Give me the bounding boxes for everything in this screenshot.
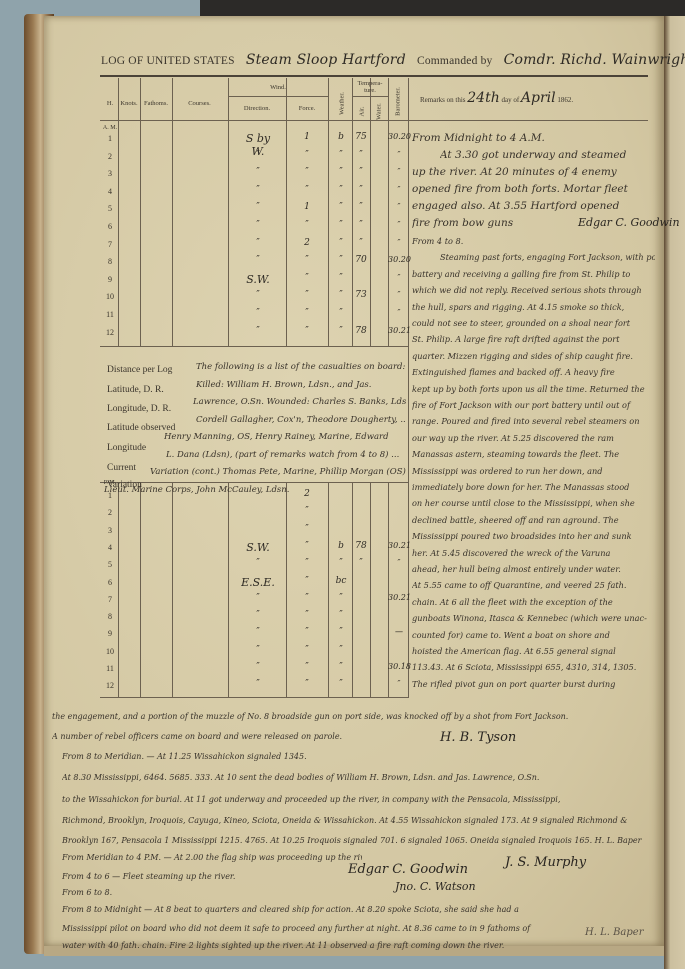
cell-air: ″ [352,202,370,212]
grid-vline [140,78,141,346]
casualty-line: Lieut. Marine Corps, John McCauley, Ldsn… [104,485,406,495]
cell-weather: bc [330,576,352,586]
cell-weather: ″ [330,255,352,265]
remarks-prefix: Remarks on this [420,96,466,104]
bottom-remark-line: the engagement, and a portion of the muz… [52,712,648,721]
hour-number: 8 [101,612,119,621]
cell-force: ″ [290,506,324,516]
signature-morning-watch: H. B. Tyson [440,730,516,745]
col-barometer: Barometer. [395,84,402,120]
cell-weather: ″ [330,150,352,160]
hour-number: 6 [101,578,119,587]
grid-vline [370,78,371,346]
temp-subheader-rule [352,96,388,97]
cell-direction: ″ [238,593,278,603]
remark-line: At 5.55 came to off Quarantine, and veer… [412,580,655,590]
cell-force: ″ [290,290,324,300]
grid-vline [352,482,353,697]
cell-barometer: ″ [388,202,410,211]
grid-vline [286,78,287,346]
signature-second: Jno. C. Watson [395,880,476,893]
cell-force: ″ [290,645,324,655]
signature-afternoon-watch: J. S. Murphy [505,855,586,870]
grid-vline [172,78,173,346]
cell-force: ″ [290,167,324,177]
adjacent-page-edge [664,16,685,969]
col-courses: Courses. [172,100,227,107]
hour-number: 9 [101,629,119,638]
cell-direction: ″ [238,645,278,655]
cell-weather: ″ [330,238,352,248]
grid-vline [328,482,329,697]
grid-vline [328,78,329,346]
casualty-line: Cordell Gallagher, Cox'n, Theodore Dough… [196,415,406,425]
cell-barometer: 30.18 [388,662,410,671]
cell-direction: ″ [238,202,278,212]
cell-air: ″ [352,238,370,248]
remark-line: Steaming past forts, engaging Fort Jacks… [440,252,655,262]
cell-weather: ″ [330,662,352,672]
cell-force: ″ [290,308,324,318]
remark-line: gunboats Winona, Itasca & Kennebec (whic… [412,613,655,623]
cell-air: ″ [352,185,370,195]
cell-weather: ″ [330,645,352,655]
grid-vline [228,78,229,346]
title-rule [100,75,648,77]
bottom-remark-line: Richmond, Brooklyn, Iroquois, Cayuga, Ki… [62,816,658,825]
label-current: Current [107,463,136,473]
cell-barometer: ″ [388,290,410,299]
cell-force: 1 [290,132,324,142]
cell-air: 78 [352,541,370,551]
cell-direction: ″ [238,308,278,318]
cell-force: ″ [290,524,324,534]
bottom-remark-line: A number of rebel officers came on board… [52,732,432,741]
col-wind-force: Force. [286,105,328,112]
cell-air: ″ [352,167,370,177]
pm-table-bottom-rule [100,697,408,698]
cell-weather: ″ [330,558,352,568]
col-fathoms: Fathoms. [140,100,172,107]
cell-barometer: ″ [388,150,410,159]
remark-line: could not see to steer, grounded on a sh… [412,318,655,328]
col-temperature: Tempera-ture. [352,80,388,94]
commander-name: Comdr. Richd. Wainwright [504,52,685,68]
grid-vline [370,482,371,697]
vessel-name: Steam Sloop Hartford [246,52,406,68]
cell-weather: ″ [330,308,352,318]
cell-direction: ″ [238,255,278,265]
signature-last-dog: Edgar C. Goodwin [348,862,468,877]
remark-line: opened fire from both forts. Mortar flee… [412,183,655,195]
remark-line: At 3.30 got underway and steamed [440,149,655,161]
cell-direction: E.S.E. [238,576,278,589]
remarks-day-label: day of [501,96,519,104]
casualty-line: Lawrence, O.Sn. Wounded: Charles S. Bank… [193,397,406,407]
casualty-line: Henry Manning, OS, Henry Rainey, Marine,… [164,432,406,442]
bottom-remark-line: From 6 to 8. [62,888,362,897]
remark-line: From 4 to 8. [412,236,655,246]
cell-air: 75 [352,132,370,142]
cell-direction: ″ [238,326,278,336]
cell-weather: ″ [330,679,352,689]
cell-weather: ″ [330,185,352,195]
hour-number: 1 [101,134,119,143]
cell-direction: S.W. [238,541,278,554]
cell-direction: ″ [238,185,278,195]
cell-force: ″ [290,326,324,336]
cell-weather: b [330,541,352,551]
remark-line: hoisted the American flag. At 6.55 gener… [412,646,655,656]
cell-direction: S.W. [238,273,278,286]
remark-line: Mississippi was ordered to run her down,… [412,466,655,476]
cell-air: 70 [352,255,370,265]
grid-vline [172,482,173,697]
cell-force: 1 [290,202,324,212]
remarks-year: 1862. [557,96,573,104]
cell-weather: ″ [330,627,352,637]
commanded-by-label: Commanded by [417,55,493,67]
label-longitude-dr: Longitude, D. R. [107,404,171,414]
cell-force: ″ [290,150,324,160]
remark-line: our way up the river. At 5.25 discovered… [412,433,655,443]
hour-number: 3 [101,526,119,535]
bottom-remark-line: water with 40 fath. chain. Fire 2 lights… [62,941,658,950]
hour-number: 4 [101,543,119,552]
remark-line: 113.43. At 6 Sciota, Mississippi 655, 43… [412,662,655,672]
col-knots: Knots. [118,100,140,107]
remark-line: ahead, her hull being almost entirely un… [412,564,655,574]
remark-line: Mississippi poured two broadsides into h… [412,531,655,541]
remarks-date-header: Remarks on this 24th day of April 1862. [420,90,573,106]
cell-barometer: 30.21 [388,593,410,602]
col-temp-water: Water. [376,99,383,125]
wind-subheader-rule [228,96,328,97]
casualty-line: Killed: William H. Brown, Ldsn., and Jas… [196,380,406,390]
bottom-remark-line: From 4 to 6 — Fleet steaming up the rive… [62,872,362,881]
hour-number: 2 [101,152,119,161]
grid-vline [228,482,229,697]
bottom-remark-line: From 8 to Meridian. — At 11.25 Wissahick… [62,752,362,761]
cell-force: ″ [290,185,324,195]
cell-barometer: ″ [388,558,410,567]
remark-line: the hull, spars and rigging. At 4.15 smo… [412,302,655,312]
cell-weather: ″ [330,202,352,212]
cell-barometer: ″ [388,238,410,247]
hour-number: 12 [101,681,119,690]
hour-number: 2 [101,508,119,517]
hour-number: 7 [101,595,119,604]
remark-line: up the river. At 20 minutes of 4 enemy [412,166,655,178]
signature-first-watch: Edgar C. Goodwin [578,216,680,229]
cell-barometer: ″ [388,220,410,229]
grid-vline [388,78,389,346]
remarks-day: 24th [467,90,499,106]
cell-air: ″ [352,558,370,568]
label-distance-per-log: Distance per Log [107,365,172,375]
cell-direction: ″ [238,290,278,300]
cell-direction: ″ [238,610,278,620]
pm-table-top-rule [100,482,408,483]
cell-direction: ″ [238,220,278,230]
remark-line: Manassas astern, steaming towards the fl… [412,449,655,459]
remark-line: immediately bore down for her. The Manas… [412,482,655,492]
label-latitude-dr: Latitude, D. R. [107,385,164,395]
cell-barometer: 30.21 [388,541,410,550]
hour-number: 5 [101,560,119,569]
header-bottom-rule [100,120,648,121]
cell-weather: ″ [330,167,352,177]
cell-barometer: ″ [388,167,410,176]
casualty-line: Variation (cont.) Thomas Pete, Marine, P… [150,467,406,477]
cell-direction: ″ [238,150,278,160]
cell-air: 73 [352,290,370,300]
hour-number: 9 [101,275,119,284]
remark-line: fire of Fort Jackson with our port batte… [412,400,655,410]
hour-number: 10 [101,292,119,301]
cell-force: 2 [290,238,324,248]
remark-line: St. Philip. A large fire raft drifted ag… [412,334,655,344]
remark-line: engaged also. At 3.55 Hartford opened [412,200,655,212]
remark-line: declined battle, sheered off and ran agr… [412,515,655,525]
am-label: A. M. [101,125,119,131]
remark-line: chain. At 6 all the fleet with the excep… [412,597,655,607]
cell-barometer: ″ [388,308,410,317]
casualty-line: L. Dana (Ldsn), (part of remarks watch f… [166,450,406,460]
cell-force: ″ [290,610,324,620]
cell-barometer: 30.21 [388,326,410,335]
cell-force: ″ [290,220,324,230]
cell-barometer: 30.20 [388,255,410,264]
cell-barometer: ″ [388,679,410,688]
cell-weather: ″ [330,326,352,336]
cell-direction: ″ [238,558,278,568]
hour-number: 5 [101,204,119,213]
cell-direction: ″ [238,627,278,637]
cell-direction: ″ [238,662,278,672]
cell-weather: ″ [330,290,352,300]
am-table-bottom-rule [100,346,408,347]
col-wind-direction: Direction. [228,105,286,112]
cell-force: ″ [290,593,324,603]
bottom-remark-line: to the Wissahickon for burial. At 11 got… [62,795,658,804]
cell-force: ″ [290,255,324,265]
cell-weather: ″ [330,593,352,603]
remark-line: which we did not reply. Received serious… [412,285,655,295]
cell-force: ″ [290,679,324,689]
hour-number: 6 [101,222,119,231]
bottom-remark-line: Mississippi pilot on board who did not d… [62,924,658,933]
cell-direction: ″ [238,679,278,689]
cell-force: ″ [290,558,324,568]
casualty-line: The following is a list of the casualtie… [196,362,406,372]
bottom-remark-line: Brooklyn 167, Pensacola 1 Mississippi 12… [62,836,658,845]
hour-number: 7 [101,240,119,249]
cell-force: ″ [290,541,324,551]
label-longitude: Longitude [107,443,146,453]
remark-line: battery and receiving a galling fire fro… [412,269,655,279]
cell-force: ″ [290,273,324,283]
cell-weather: ″ [330,610,352,620]
remark-line: Extinguished flames and backed off. A he… [412,367,655,377]
hour-number: 4 [101,187,119,196]
grid-vline [286,482,287,697]
remark-line: The rifled pivot gun on port quarter bur… [412,679,655,689]
cell-weather: ″ [330,273,352,283]
log-title: LOG OF UNITED STATES Steam Sloop Hartfor… [101,52,685,68]
remark-line: her. At 5.45 discovered the wreck of the… [412,548,655,558]
grid-vline [140,482,141,697]
cell-weather: ″ [330,220,352,230]
bottom-remark-line: At 8.30 Mississippi, 6464. 5685. 333. At… [62,773,658,782]
signature-evening-watch: H. L. Baper [585,927,644,938]
remark-line: kept up by both forts upon us all the ti… [412,384,655,394]
cell-air: 78 [352,326,370,336]
cell-force: ″ [290,627,324,637]
remark-line: counted for) came to. Went a boat on sho… [412,630,655,640]
cell-air: ″ [352,150,370,160]
hour-number: 3 [101,169,119,178]
col-wind: Wind. [228,84,328,91]
bottom-remark-line: From Meridian to 4 P.M. — At 2.00 the fl… [62,853,362,862]
hour-number: 11 [101,310,119,319]
cell-barometer: — [388,627,410,636]
remark-line: on her course until close to the Mississ… [412,498,655,508]
cell-air: ″ [352,220,370,230]
col-temp-air: Air. [359,100,366,124]
hour-number: 10 [101,647,119,656]
col-weather: Weather. [339,92,346,116]
col-hours: H. [100,100,120,107]
cell-force: ″ [290,662,324,672]
cell-direction: ″ [238,238,278,248]
cell-force: ″ [290,576,324,586]
remark-line: From Midnight to 4 A.M. [412,132,655,144]
remark-line: range. Poured and fired into several reb… [412,416,655,426]
remarks-month: April [521,90,556,106]
cell-direction: ″ [238,167,278,177]
hour-number: 12 [101,328,119,337]
hour-number: 8 [101,257,119,266]
cell-barometer: 30.20 [388,132,410,141]
cell-weather: b [330,132,352,142]
printed-title-prefix: LOG OF UNITED STATES [101,55,235,67]
cell-barometer: ″ [388,273,410,282]
bottom-remark-line: From 8 to Midnight — At 8 beat to quarte… [62,905,658,914]
cell-barometer: ″ [388,185,410,194]
hour-number: 11 [101,664,119,673]
remark-line: quarter. Mizzen rigging and sides of shi… [412,351,655,361]
